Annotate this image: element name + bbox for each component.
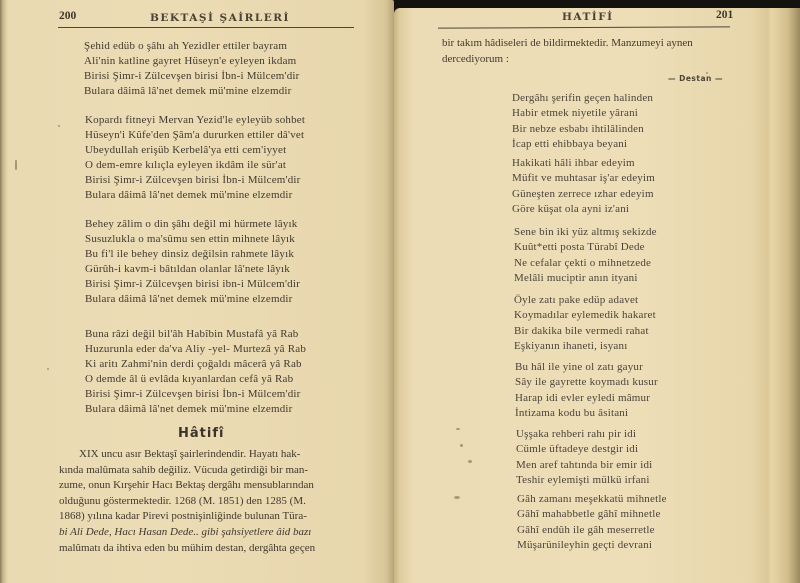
- verse-line: Hüseyn'i Kûfe'den Şâm'a dururken ettiler…: [85, 128, 305, 143]
- verse-line: Buna râzi değil bil'âh Habîbin Mustafâ y…: [85, 327, 306, 342]
- running-head: HATİFİ: [562, 11, 614, 23]
- verse-line: Müfit ve muhtasar iş'ar edeyim: [512, 171, 655, 186]
- verse-line: İntizama kodu bu âsitani: [515, 406, 658, 421]
- header-rule: [438, 26, 730, 28]
- running-head: BEKTAŞİ ŞAİRLERİ: [150, 12, 290, 24]
- stanza: Şehid edüb o şâhı ah Yezidler ettiler ba…: [84, 39, 300, 99]
- verse-line: Susuzlukla o ma'sûmu sen ettin mihnete l…: [85, 232, 300, 247]
- open-book: 200 BEKTAŞİ ŞAİRLERİ Şehid edüb o şâhı a…: [0, 0, 800, 583]
- verse-line: Bulara dâimâ lâ'net demek mü'mine elzemd…: [84, 84, 300, 99]
- verse-line: Harap idi evler eyledi mâmur: [515, 391, 658, 406]
- paper-mark: [15, 160, 17, 170]
- stanza: Gâh zamanı meşekkatü mihnetle Gâhî mahab…: [517, 492, 667, 553]
- paper-mark: [58, 125, 60, 127]
- verse-line: Müşarünileyhin geçti devrani: [517, 538, 667, 553]
- verse-line: Kuût*etti posta Türabî Dede: [514, 240, 657, 255]
- verse-line: Dergâhı şerifin geçen halinden: [512, 91, 653, 106]
- prose-line: dercediyorum :: [442, 52, 732, 68]
- verse-line: Eşkiyanın ihaneti, isyanı: [514, 339, 656, 354]
- prose-line: bi Ali Dede, Hacı Hasan Dede.. gibi şahs…: [59, 525, 353, 541]
- verse-line: Birisi Şimr-i Zülcevşen birisi İbn-i Mül…: [84, 69, 300, 84]
- verse-line: Öyle zatı pake edüp adavet: [514, 293, 656, 308]
- stanza: Buna râzi değil bil'âh Habîbin Mustafâ y…: [85, 327, 306, 418]
- verse-line: Güneşten zerrece ızhar edeyim: [512, 187, 655, 202]
- verse-line: Bu hâl ile yine ol zatı gayur: [515, 360, 658, 375]
- sub-heading: — Destan —: [668, 74, 723, 83]
- stanza: Hakikati hâli ihbar edeyim Müfit ve muht…: [512, 156, 655, 217]
- prose-line: XIX uncu asır Bektaşî şairlerindendir. H…: [59, 447, 353, 463]
- verse-line: Huzurunla eder da'va Aliy -yel- Murtezâ …: [85, 342, 306, 357]
- left-page: 200 BEKTAŞİ ŞAİRLERİ Şehid edüb o şâhı a…: [0, 0, 394, 583]
- verse-line: Göre küşat ola ayni iz'ani: [512, 202, 655, 217]
- prose-line: bir takım hâdiseleri de bildirmektedir. …: [442, 36, 732, 52]
- verse-line: O demde âl ü evlâda kıyanlardan cefâ yâ …: [85, 372, 306, 387]
- stanza: Bu hâl ile yine ol zatı gayur Sây ile ga…: [515, 360, 658, 421]
- prose-line: kında malûmata sahib değiliz. Vücuda get…: [59, 463, 353, 479]
- prose-paragraph: bir takım hâdiseleri de bildirmektedir. …: [442, 36, 732, 67]
- verse-line: Birisi Şimr-i Zülcevşen birisi İbn-i Mül…: [85, 387, 306, 402]
- verse-line: Bir nebze esbabı ihtilâlinden: [512, 122, 653, 137]
- verse-line: Bulara dâimâ lâ'net demek mü'mine elzemd…: [85, 402, 306, 417]
- verse-line: Ali'nin katline gayret Hüseyn'e eyleyen …: [84, 54, 300, 69]
- verse-line: Behey zâlim o din şâhı değil mi hürmete …: [85, 217, 300, 232]
- section-title: Hâtifî: [178, 426, 224, 441]
- prose-line: malûmatı da ihtiva eden bu mühim destan,…: [59, 541, 353, 557]
- verse-line: Gâh zamanı meşekkatü mihnetle: [517, 492, 667, 507]
- verse-line: Kopardı fitneyi Mervan Yezid'le eyleyüb …: [85, 113, 305, 128]
- verse-line: Sene bin iki yüz altmış sekizde: [514, 225, 657, 240]
- verse-line: Bir dakika bile vermedi rahat: [514, 324, 656, 339]
- verse-line: Koymadılar eylemedik hakaret: [514, 308, 656, 323]
- verse-line: Uşşaka rehberi rahı pir idi: [516, 427, 652, 442]
- verse-line: Ki aritı Zahmi'nin derdi çoğaldı mâcerâ …: [85, 357, 306, 372]
- prose-paragraph: XIX uncu asır Bektaşî şairlerindendir. H…: [59, 447, 353, 556]
- paper-mark: [468, 460, 472, 463]
- verse-line: Şehid edüb o şâhı ah Yezidler ettiler ba…: [84, 39, 300, 54]
- paper-mark: [456, 428, 460, 430]
- verse-line: Hakikati hâli ihbar edeyim: [512, 156, 655, 171]
- prose-line: zume, onun Kırşehir Hacı Bektaş dergâhı …: [59, 478, 353, 494]
- paper-mark: [460, 444, 463, 447]
- right-page: HATİFİ 201 bir takım hâdiseleri de bildi…: [394, 8, 800, 583]
- stanza: Uşşaka rehberi rahı pir idi Cümle üftade…: [516, 427, 652, 488]
- verse-line: Gâhî mahabbetle gâhî mihnetle: [517, 507, 667, 522]
- verse-line: Gâhî endûh ile gâh meserretle: [517, 523, 667, 538]
- verse-line: Gürûh-i kavm-i bâtıldan olanlar lâ'nete …: [85, 262, 300, 277]
- verse-line: Cümle üftadeye destgir idi: [516, 442, 652, 457]
- verse-line: Melâli muciptir anın ityani: [514, 271, 657, 286]
- stanza: Kopardı fitneyi Mervan Yezid'le eyleyüb …: [85, 113, 305, 204]
- verse-line: Sây ile gayrette koymadı kusur: [515, 375, 658, 390]
- verse-line: Ne cefalar çekti o mihnetzede: [514, 256, 657, 271]
- verse-line: Bu fi'l ile behey dinsiz değilsin rahmet…: [85, 247, 300, 262]
- verse-line: Habir etmek niyetile yârani: [512, 106, 653, 121]
- prose-line: olduğunu göstermektedir. 1268 (M. 1851) …: [59, 494, 353, 510]
- paper-mark: [47, 368, 49, 370]
- verse-line: Birisi Şimr-i Zülcevşen birisi ibn-i Mül…: [85, 277, 300, 292]
- stanza: Öyle zatı pake edüp adavet Koymadılar ey…: [514, 293, 656, 354]
- verse-line: İcap etti ehibbaya beyani: [512, 137, 653, 152]
- paper-mark: [706, 72, 708, 74]
- page-number: 200: [59, 10, 76, 22]
- verse-line: Birisi Şimr-i Zülcevşen birisi İbn-i Mül…: [85, 173, 305, 188]
- page-number: 201: [716, 9, 733, 21]
- verse-line: Men aref tahtında bir emir idi: [516, 458, 652, 473]
- paper-mark: [454, 496, 460, 499]
- stanza: Sene bin iki yüz altmış sekizde Kuût*ett…: [514, 225, 657, 286]
- verse-line: O dem-emre kılıçla eyleyen ikdâm ile sür…: [85, 158, 305, 173]
- stanza: Behey zâlim o din şâhı değil mi hürmete …: [85, 217, 300, 308]
- prose-line: 1868) yılına kadar Pirevi postnişinliğin…: [59, 509, 353, 525]
- header-rule: [58, 27, 354, 28]
- verse-line: Teshir eylemişti mülkü irfani: [516, 473, 652, 488]
- verse-line: Bulara dâimâ lâ'net demek mü'mine elzemd…: [85, 292, 300, 307]
- stanza: Dergâhı şerifin geçen halinden Habir etm…: [512, 91, 653, 152]
- verse-line: Ubeydullah erişüb Kerbelâ'ya etti cem'iy…: [85, 143, 305, 158]
- verse-line: Bulara dâimâ lâ'net demek mü'mine elzemd…: [85, 188, 305, 203]
